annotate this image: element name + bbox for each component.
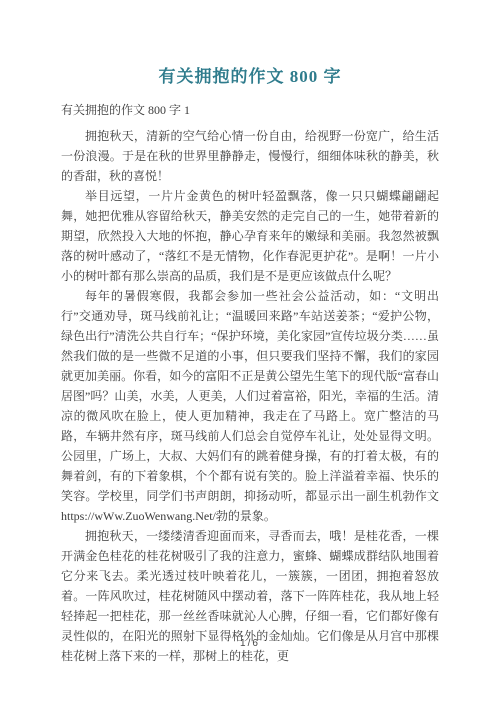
page-number: 1/6: [0, 638, 500, 649]
document-title: 有关拥抱的作文 800 字: [61, 62, 439, 87]
essay-paragraph: 每年的暑假寒假，我都会参加一些社会公益活动，如：“文明出行”交通劝导，斑马线前礼…: [61, 286, 439, 526]
essay-paragraph: 拥抱秋天，清新的空气给心情一份自由，给视野一份宽广，给生活一份浪漫。于是在秋的世…: [61, 126, 439, 186]
essay-paragraph: 举目远望，一片片金黄色的树叶轻盈飘落，像一只只蝴蝶翩翩起舞，她把优雅从容留给秋天…: [61, 186, 439, 286]
document-page: 有关拥抱的作文 800 字 有关拥抱的作文 800 字 1 拥抱秋天，清新的空气…: [0, 0, 500, 707]
essay-body: 拥抱秋天，清新的空气给心情一份自由，给视野一份宽广，给生活一份浪漫。于是在秋的世…: [61, 126, 439, 666]
document-subtitle: 有关拥抱的作文 800 字 1: [61, 101, 439, 119]
